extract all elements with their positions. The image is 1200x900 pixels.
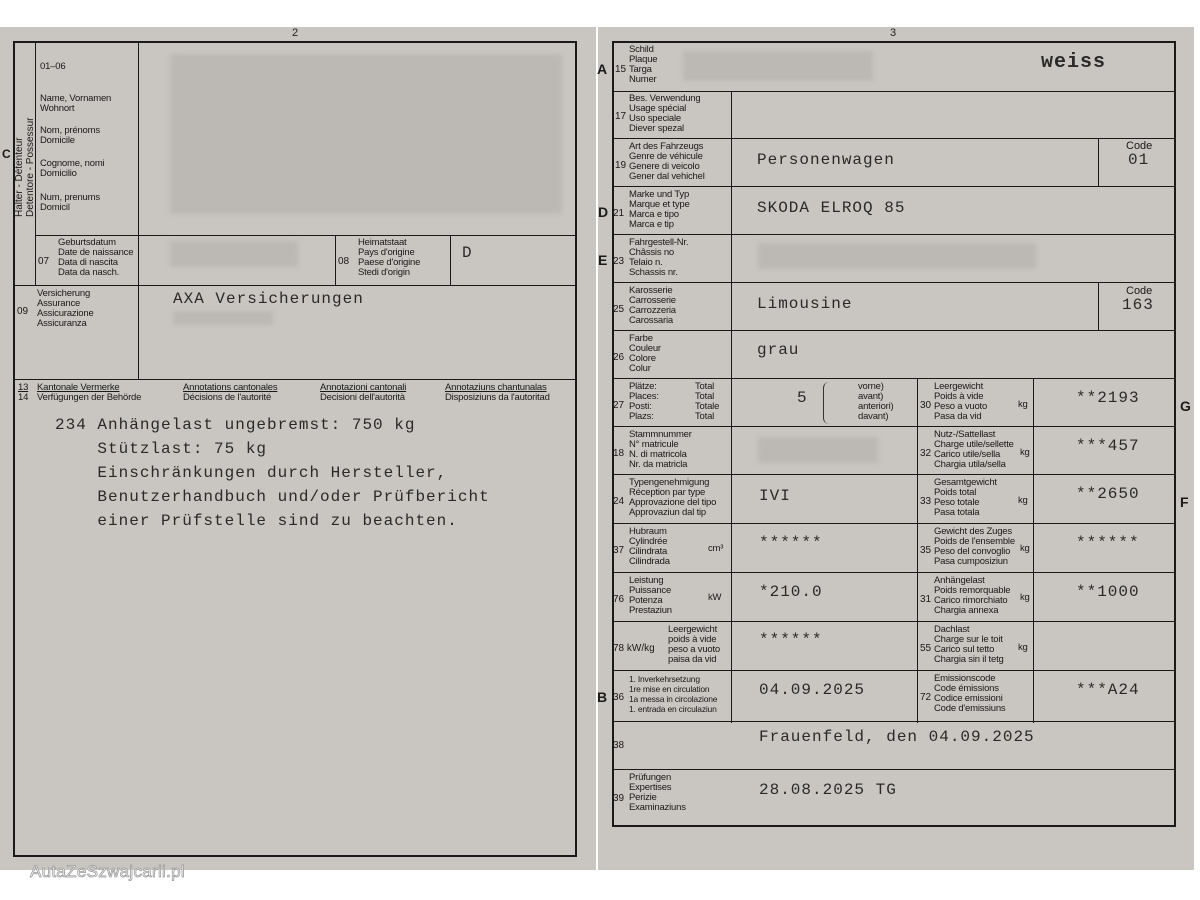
- remarks-line-2: Stützlast: 75 kg: [55, 437, 267, 461]
- displacement-value: ******: [759, 534, 823, 552]
- total-weight-value: **2650: [1076, 485, 1140, 503]
- vehicle-type-value: Personenwagen: [757, 151, 895, 169]
- body-value: Limousine: [757, 295, 852, 313]
- empty-weight-value: **2193: [1076, 389, 1140, 407]
- emission-code-value: ***A24: [1076, 681, 1140, 699]
- holder-redacted: [170, 54, 562, 214]
- type-approval-value: IVI: [759, 487, 791, 505]
- power-value: *210.0: [759, 583, 823, 601]
- color-value: grau: [757, 341, 799, 359]
- make-type-value: SKODA ELROQ 85: [757, 199, 905, 217]
- inspections-value: 28.08.2025 TG: [759, 781, 897, 799]
- seats-value: 5: [797, 389, 808, 407]
- insurance-value: AXA Versicherungen: [173, 290, 364, 308]
- place-date-value: Frauenfeld, den 04.09.2025: [759, 728, 1035, 746]
- train-weight-value: ******: [1076, 534, 1140, 552]
- holder-vertical-label-1: Halter - Détenteur: [14, 138, 25, 217]
- chassis-redacted: [758, 243, 1036, 269]
- remarks-line-3: Einschränkungen durch Hersteller,: [55, 461, 447, 485]
- birthdate-redacted: [170, 241, 298, 267]
- page-number: 2: [292, 27, 298, 39]
- insurance-redacted: [173, 311, 273, 325]
- remarks-line-4: Benutzerhandbuch und/oder Prüfbericht: [55, 485, 490, 509]
- page-number: 3: [890, 27, 896, 39]
- holder-code: 01–06: [40, 62, 65, 73]
- remarks-line-1: 234 Anhängelast ungebremst: 750 kg: [55, 413, 415, 437]
- watermark: AutaZeSzwajcarii.pl: [30, 862, 185, 882]
- trailer-load-value: **1000: [1076, 583, 1140, 601]
- plate-color: weiss: [1041, 51, 1106, 74]
- plate-redacted: [683, 51, 873, 81]
- base-number-redacted: [758, 437, 878, 463]
- body-code: 163: [1122, 296, 1154, 314]
- remarks-line-5: einer Prüfstelle sind zu beachten.: [55, 509, 458, 533]
- page-3: 3 A 15 Schild Plaque Targa Numer weiss 1…: [598, 27, 1194, 870]
- home-state-value: D: [462, 244, 473, 262]
- brace: [823, 382, 830, 424]
- first-registration-value: 04.09.2025: [759, 681, 865, 699]
- power-weight-value: ******: [759, 631, 823, 649]
- vehicle-type-code: 01: [1128, 151, 1149, 169]
- payload-value: ***457: [1076, 437, 1140, 455]
- section-marker-c: C: [2, 147, 11, 161]
- page-2: 2 C Halter - Détenteur Detentore - Posse…: [0, 27, 596, 870]
